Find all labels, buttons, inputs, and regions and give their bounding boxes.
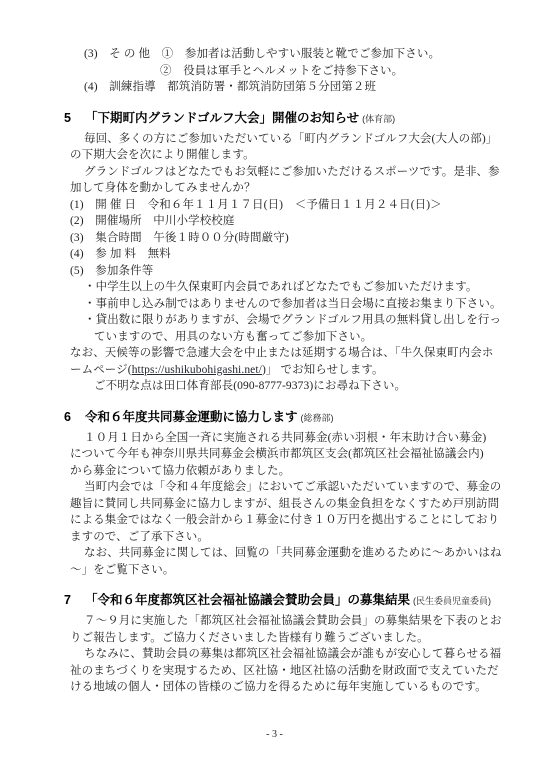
text-line: による集金ではなく一般会計から１募金に付き１０万円を拠出することにしており [70, 512, 509, 529]
text-line: ける地域の個人・団体の皆様のご協力を得るために毎年実施しているものです。 [70, 679, 509, 696]
text-line: 祉のまちづくりを実現するため、区社協・地区社協の活動を財政面で支えていただ [70, 663, 509, 680]
text-segment: による集金ではなく一般会計から１募金に付き１０万円を拠出することにしており [70, 514, 499, 526]
text-segment: (4) 訓練指導 都筑消防署・都筑消防団第５分団第２班 [84, 81, 376, 93]
text-line: なお、共同募金に関しては、回覧の「共同募金運動を進めるために～あかいはね [84, 545, 509, 562]
text-segment: (3) 集合時間 午後１時００分(時間厳守) [70, 232, 289, 244]
text-segment: ていますので、用具のない方も奮ってご参加下さい。 [94, 331, 372, 343]
text-segment: グランドゴルフはどなたでもお気軽にご参加いただけるスポーツです。是非、参 [84, 166, 500, 178]
section-department: (民生委員児童委員) [413, 596, 491, 606]
text-line: なお、天候等の影響で急遽大会を中止または延期する場合は、「牛久保東町内会ホ [70, 345, 509, 362]
text-segment: なお、共同募金に関しては、回覧の「共同募金運動を進めるために～あかいはね [84, 547, 502, 559]
text-segment: ～」をご覧下さい。 [70, 564, 174, 576]
section-number: 7 [64, 591, 85, 610]
text-segment: ける地域の個人・団体の皆様のご協力を得るために毎年実施しているものです。 [70, 681, 487, 693]
text-line: の下期大会を次により開催します。 [70, 147, 509, 164]
text-segment: の下期大会を次により開催します。 [70, 149, 255, 161]
text-line: (4) 訓練指導 都筑消防署・都筑消防団第５分団第２班 [84, 79, 509, 96]
text-line: ・事前申し込み制ではありませんので参加者は当日会場に直接お集まり下さい。 [84, 296, 509, 313]
text-segment: １０月１日から全国一斉に実施される共同募金(赤い羽根・年末助け合い募金) [84, 432, 486, 444]
text-segment: 加して身体を動かしてみませんか？ [70, 182, 256, 194]
text-line: りご報告します。ご協力くださいました皆様有り難うございました。 [70, 630, 509, 647]
text-line: から募金について協力依頼がありました。 [70, 463, 509, 480]
text-segment: りご報告します。ご協力くださいました皆様有り難うございました。 [70, 632, 429, 644]
text-line: ・貸出数に限りがありますが、会場でグランドゴルフ用具の無料貸し出しを行っ [84, 312, 509, 329]
text-segment: ・事前申し込み制ではありませんので参加者は当日会場に直接お集まり下さい。 [84, 298, 502, 310]
section-heading: 7「令和６年度都筑区社会福祉協議会賛助会員」の募集結果(民生委員児童委員) [64, 591, 509, 611]
text-segment: ームページ( [70, 364, 132, 376]
section-7-sanjo-kaiin: 7「令和６年度都筑区社会福祉協議会賛助会員」の募集結果(民生委員児童委員)７～９… [64, 591, 509, 696]
text-line: ますので、ご了承下さい。 [70, 529, 509, 546]
text-line: (5) 参加条件等 [70, 263, 509, 280]
text-segment: ・中学生以上の牛久保東町内会員であればどなたでもご参加いただけます。 [84, 281, 477, 293]
text-segment: ご不明な点は田口体育部長(090-8777-9373)にお尋ね下さい。 [94, 380, 406, 392]
text-line: １０月１日から全国一斉に実施される共同募金(赤い羽根・年末助け合い募金) [84, 430, 509, 447]
text-segment: 趣旨に賛同し共同募金に協力しますが、組長さんの集金負担をなくすため戸別訪問 [70, 498, 499, 510]
section-title: 「下期町内グランドゴルフ大会」開催のお知らせ [85, 111, 359, 125]
document-body: (3) そ の 他 ① 参加者は活動しやすい服装と靴でご参加下さい。② 役員は軍… [64, 46, 509, 696]
text-segment: )」 でお知らせします。 [262, 364, 384, 376]
text-line: ちなみに、賛助会員の募集は都筑区社会福祉協議会が誰もが安心して暮らせる福 [84, 646, 509, 663]
section-heading: 5「下期町内グランドゴルフ大会」開催のお知らせ(体育部) [64, 109, 509, 129]
text-line: ② 役員は軍手とヘルメットをご持参下さい。 [160, 63, 509, 80]
text-segment: について今年も神奈川県共同募金会横浜市都筑区支会(都筑区社会福祉協議会内) [70, 448, 484, 460]
section-5-grand-golf: 5「下期町内グランドゴルフ大会」開催のお知らせ(体育部)毎回、多くの方にご参加い… [64, 109, 509, 395]
text-line: ご不明な点は田口体育部長(090-8777-9373)にお尋ね下さい。 [94, 378, 509, 395]
text-segment: 毎回、多くの方にご参加いただいている「町内グランドゴルフ大会(大人の部)」 [84, 133, 497, 145]
text-line: 当町内会では「令和４年度総会」においてご承認いただいていますので、募金の [84, 479, 509, 496]
section-number: 5 [64, 109, 85, 128]
section-heading: 6令和６年度共同募金運動に協力します(総務部) [64, 408, 509, 428]
text-segment: (3) そ の 他 ① 参加者は活動しやすい服装と靴でご参加下さい。 [84, 48, 440, 60]
section-title: 「令和６年度都筑区社会福祉協議会賛助会員」の募集結果 [85, 593, 410, 607]
text-line: 加して身体を動かしてみませんか？ [70, 180, 509, 197]
text-segment: なお、天候等の影響で急遽大会を中止または延期する場合は、「牛久保東町内会ホ [70, 347, 493, 359]
text-segment: 祉のまちづくりを実現するため、区社協・地区社協の活動を財政面で支えていただ [70, 665, 499, 677]
section-number: 6 [64, 408, 85, 427]
text-segment: 当町内会では「令和４年度総会」においてご承認いただいていますので、募金の [84, 481, 501, 493]
section-department: (体育部) [362, 114, 395, 124]
text-line: ７～９月に実施した「都筑区社会福祉協議会賛助会員」の募集結果を下表のとお [84, 613, 509, 630]
text-segment: ますので、ご了承下さい。 [70, 531, 209, 543]
text-segment: (1) 開 催 日 令和６年１１月１７日(日) ＜予備日１１月２４日(日)＞ [70, 199, 442, 211]
homepage-link[interactable]: https://ushikubohigashi.net/ [132, 364, 262, 376]
section-department: (総務部) [301, 413, 334, 423]
text-line: (2) 開催場所 中川小学校校庭 [70, 213, 509, 230]
text-segment: ② 役員は軍手とヘルメットをご持参下さい。 [160, 65, 403, 77]
text-line: (1) 開 催 日 令和６年１１月１７日(日) ＜予備日１１月２４日(日)＞ [70, 197, 509, 214]
text-line: について今年も神奈川県共同募金会横浜市都筑区支会(都筑区社会福祉協議会内) [70, 446, 509, 463]
text-segment: ちなみに、賛助会員の募集は都筑区社会福祉協議会が誰もが安心して暮らせる福 [84, 648, 501, 660]
section-title: 令和６年度共同募金運動に協力します [85, 410, 298, 424]
text-line: (3) 集合時間 午後１時００分(時間厳守) [70, 230, 509, 247]
text-line: 毎回、多くの方にご参加いただいている「町内グランドゴルフ大会(大人の部)」 [84, 131, 509, 148]
section-4-continuation: (3) そ の 他 ① 参加者は活動しやすい服装と靴でご参加下さい。② 役員は軍… [64, 46, 509, 96]
text-segment: から募金について協力依頼がありました。 [70, 465, 290, 477]
text-line: ・中学生以上の牛久保東町内会員であればどなたでもご参加いただけます。 [84, 279, 509, 296]
text-line: ていますので、用具のない方も奮ってご参加下さい。 [94, 329, 509, 346]
text-segment: (5) 参加条件等 [70, 265, 153, 277]
text-segment: ・貸出数に限りがありますが、会場でグランドゴルフ用具の無料貸し出しを行っ [84, 314, 501, 326]
text-line: ームページ(https://ushikubohigashi.net/)」 でお知… [70, 362, 509, 379]
text-line: 趣旨に賛同し共同募金に協力しますが、組長さんの集金負担をなくすため戸別訪問 [70, 496, 509, 513]
text-line: (3) そ の 他 ① 参加者は活動しやすい服装と靴でご参加下さい。 [84, 46, 509, 63]
text-segment: (4) 参 加 料 無料 [70, 248, 171, 260]
page-number: - 3 - [0, 729, 549, 740]
text-line: グランドゴルフはどなたでもお気軽にご参加いただけるスポーツです。是非、参 [84, 164, 509, 181]
text-line: (4) 参 加 料 無料 [70, 246, 509, 263]
document-page: (3) そ の 他 ① 参加者は活動しやすい服装と靴でご参加下さい。② 役員は軍… [0, 0, 549, 776]
text-segment: (2) 開催場所 中川小学校校庭 [70, 215, 235, 227]
section-6-kyodo-bokin: 6令和６年度共同募金運動に協力します(総務部)１０月１日から全国一斉に実施される… [64, 408, 509, 579]
text-line: ～」をご覧下さい。 [70, 562, 509, 579]
text-segment: ７～９月に実施した「都筑区社会福祉協議会賛助会員」の募集結果を下表のとお [84, 615, 502, 627]
